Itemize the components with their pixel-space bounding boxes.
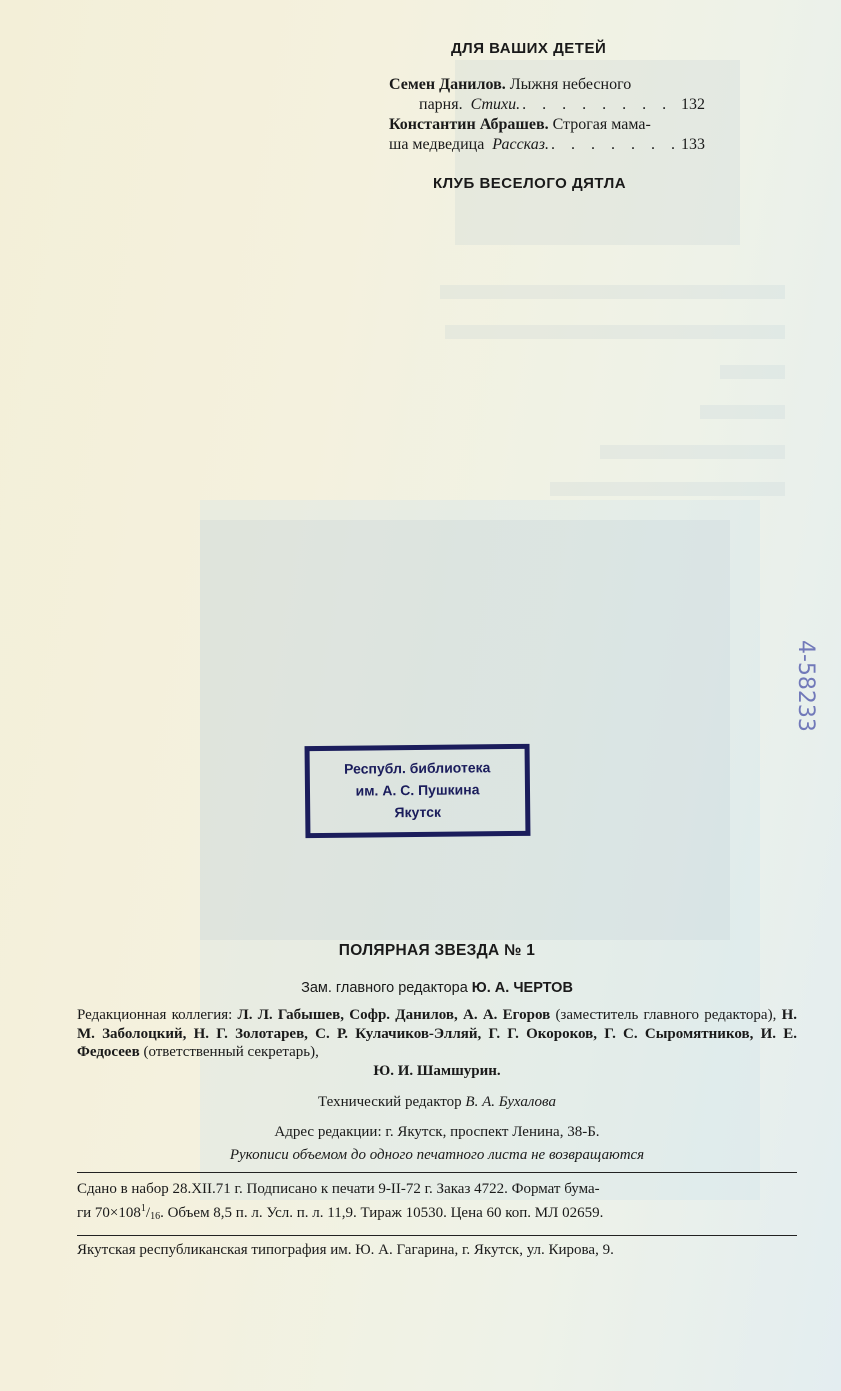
bleed-through-block [550, 482, 785, 496]
bleed-through-block [200, 520, 730, 940]
entry-genre: Рассказ. [492, 135, 549, 155]
colophon: ПОЛЯРНАЯ ЗВЕЗДА № 1 Зам. главного редакт… [77, 942, 797, 1259]
manuscripts-notice: Рукописи объемом до одного печатного лис… [77, 1147, 797, 1164]
entry-title: Строгая мама- [553, 115, 651, 135]
stamp-line: Республ. библиотека [310, 756, 525, 780]
toc-entry: Семен Данилов. Лыжня небесного парня. Ст… [389, 75, 705, 115]
stamp-line: Якутск [310, 800, 525, 824]
board-members: Л. Л. Габышев, Софр. Данилов, А. А. Егор… [238, 1007, 551, 1023]
publication-data: Сдано в набор 28.XII.71 г. Подписано к п… [77, 1179, 797, 1227]
printer-info: Якутская республиканская типография им. … [77, 1242, 797, 1259]
deputy-editor-label: Зам. главного редактора [301, 980, 468, 996]
tech-editor-label: Технический редактор [318, 1094, 462, 1110]
board-members: Ю. И. Шамшурин. [77, 1062, 797, 1081]
journal-title: ПОЛЯРНАЯ ЗВЕЗДА № 1 [77, 942, 797, 960]
table-of-contents: ДЛЯ ВАШИХ ДЕТЕЙ Семен Данилов. Лыжня неб… [389, 40, 705, 192]
entry-page-number: 132 [679, 95, 705, 115]
bleed-through-block [720, 365, 785, 379]
editorial-board: Редакционная коллегия: Л. Л. Габышев, Со… [77, 1006, 797, 1080]
dot-leader [551, 135, 677, 155]
toc-entries: Семен Данилов. Лыжня небесного парня. Ст… [389, 75, 705, 155]
entry-page-number: 133 [679, 135, 705, 155]
bleed-through-block [445, 325, 785, 339]
board-note: (заместитель главного редактора), [555, 1007, 776, 1023]
divider [77, 1235, 797, 1236]
technical-editor: Технический редактор В. А. Бухалова [77, 1094, 797, 1111]
library-stamp: Республ. библиотека им. А. С. Пушкина Як… [305, 744, 531, 838]
board-label: Редакционная коллегия: [77, 1007, 232, 1023]
stamp-line: им. А. С. Пушкина [310, 778, 525, 802]
tech-editor-name: В. А. Бухалова [465, 1094, 556, 1110]
deputy-editor-name: Ю. А. ЧЕРТОВ [472, 980, 573, 996]
toc-section-heading: ДЛЯ ВАШИХ ДЕТЕЙ [451, 40, 705, 57]
entry-title-cont: ша медведица [389, 135, 484, 155]
entry-author: Константин Абрашев. [389, 115, 549, 135]
handwritten-inventory-number: 4-58233 [778, 640, 818, 732]
divider [77, 1172, 797, 1173]
pub-line: ги 70×1081/16. Объем 8,5 п. л. Усл. п. л… [77, 1199, 797, 1227]
pub-line: Сдано в набор 28.XII.71 г. Подписано к п… [77, 1179, 797, 1199]
editorial-address: Адрес редакции: г. Якутск, проспект Лени… [77, 1124, 797, 1141]
dot-leader [522, 95, 677, 115]
deputy-editor: Зам. главного редактора Ю. А. ЧЕРТОВ [77, 980, 797, 996]
entry-title: Лыжня небесного [510, 75, 632, 95]
toc-entry: Константин Абрашев. Строгая мама- ша мед… [389, 115, 705, 155]
entry-title-cont: парня. [419, 95, 463, 115]
bleed-through-block [700, 405, 785, 419]
entry-author: Семен Данилов. [389, 75, 506, 95]
toc-section-heading: КЛУБ ВЕСЕЛОГО ДЯТЛА [433, 175, 705, 192]
board-note: (ответственный секретарь), [143, 1044, 318, 1060]
bleed-through-block [600, 445, 785, 459]
bleed-through-block [440, 285, 785, 299]
entry-genre: Стихи. [471, 95, 521, 115]
